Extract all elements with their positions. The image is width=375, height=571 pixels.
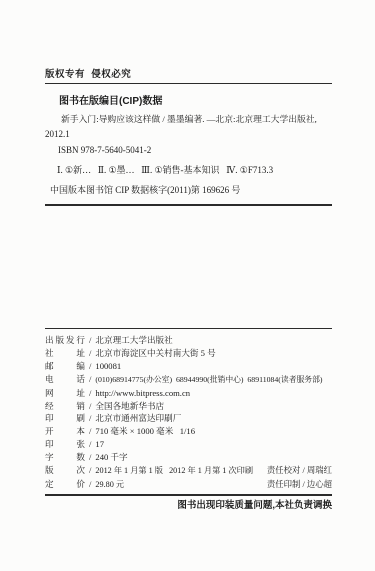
publication-row-format: 开本/710 毫米 × 1000 毫米 1/16 [45, 425, 332, 438]
row-separator: / [89, 425, 91, 438]
row-value: 17 [95, 438, 104, 451]
publication-row-postcode: 邮编/100081 [45, 360, 332, 373]
row-label: 邮编 [45, 360, 85, 373]
publication-row-website: 网址/http://www.bitpress.com.cn [45, 387, 332, 400]
publication-row-price: 定价/29.80 元责任印制 / 边心超 [45, 478, 332, 492]
row-value: http://www.bitpress.com.cn [95, 387, 190, 400]
copyright-notice: 版权专有 侵权必究 [45, 69, 332, 81]
row-label: 印刷 [45, 412, 85, 425]
cip-entry-year: 2012.1 [45, 128, 332, 141]
row-value: 2012 年 1 月第 1 版 2012 年 1 月第 1 次印刷 [95, 465, 253, 478]
row-separator: / [89, 438, 91, 451]
row-value: (010)68914775(办公室) 68944990(批销中心) 689110… [95, 374, 322, 387]
publication-row-address: 社址/北京市海淀区中关村南大街 5 号 [45, 347, 332, 360]
row-label: 社址 [45, 347, 85, 360]
cip-classification: Ⅰ. ①新… Ⅱ. ①墨… Ⅲ. ①销售-基本知识 Ⅳ. ①F713.3 [45, 164, 332, 177]
row-proofreader: 责任校对 / 周瑞红 [267, 465, 332, 478]
publication-row-wordcount: 字数/240 千字 [45, 451, 332, 464]
row-value: 全国各地新华书店 [95, 400, 164, 413]
row-separator: / [89, 373, 91, 386]
row-label: 版次 [45, 464, 85, 477]
row-separator: / [89, 347, 91, 360]
publication-row-phone: 电话/(010)68914775(办公室) 68944990(批销中心) 689… [45, 373, 332, 387]
divider-publication-top [45, 328, 332, 329]
row-separator: / [89, 360, 91, 373]
row-value: 29.80 元 [95, 479, 124, 492]
row-value: 北京市通州富达印刷厂 [95, 412, 181, 425]
publication-row-printer: 印刷/北京市通州富达印刷厂 [45, 412, 332, 425]
isbn-line: ISBN 978-7-5640-5041-2 [45, 144, 332, 157]
row-value: 240 千字 [95, 451, 127, 464]
copyright-page: 版权专有 侵权必究 图书在版编目(CIP)数据 新手入门:导购应该这样做 / 墨… [0, 0, 375, 571]
divider-bottom [45, 494, 332, 496]
row-value: 北京理工大学出版社 [95, 334, 172, 347]
cip-heading: 图书在版编目(CIP)数据 [45, 95, 332, 108]
row-value: 710 毫米 × 1000 毫米 1/16 [95, 425, 195, 438]
row-separator: / [89, 334, 91, 347]
quality-notice: 图书出现印装质量问题,本社负责调换 [45, 500, 332, 512]
divider-cip-bottom [45, 204, 332, 206]
row-separator: / [89, 387, 91, 400]
cip-entry-line: 新手入门:导购应该这样做 / 墨墨编著. —北京:北京理工大学出版社, [45, 113, 332, 126]
row-label: 经销 [45, 400, 85, 413]
publication-row-distribution: 经销/全国各地新华书店 [45, 400, 332, 413]
row-separator: / [89, 412, 91, 425]
cip-record-number: 中国版本图书馆 CIP 数据核字(2011)第 169626 号 [45, 184, 332, 197]
publication-row-publisher: 出版发行/北京理工大学出版社 [45, 334, 332, 347]
row-label: 印张 [45, 438, 85, 451]
publication-row-edition: 版次/2012 年 1 月第 1 版 2012 年 1 月第 1 次印刷责任校对… [45, 464, 332, 478]
row-value: 100081 [95, 360, 121, 373]
row-label: 电话 [45, 373, 85, 386]
row-label: 网址 [45, 387, 85, 400]
row-label: 开本 [45, 425, 85, 438]
row-label: 出版发行 [45, 334, 85, 347]
publication-row-sheets: 印张/17 [45, 438, 332, 451]
row-value: 北京市海淀区中关村南大街 5 号 [95, 347, 215, 360]
row-label: 字数 [45, 451, 85, 464]
row-separator: / [89, 464, 91, 477]
row-print-supervisor: 责任印制 / 边心超 [267, 479, 332, 492]
publication-info: 出版发行/北京理工大学出版社 社址/北京市海淀区中关村南大街 5 号 邮编/10… [45, 334, 332, 492]
row-separator: / [89, 451, 91, 464]
row-separator: / [89, 400, 91, 413]
row-separator: / [89, 478, 91, 491]
row-label: 定价 [45, 478, 85, 491]
divider-top [45, 83, 332, 84]
